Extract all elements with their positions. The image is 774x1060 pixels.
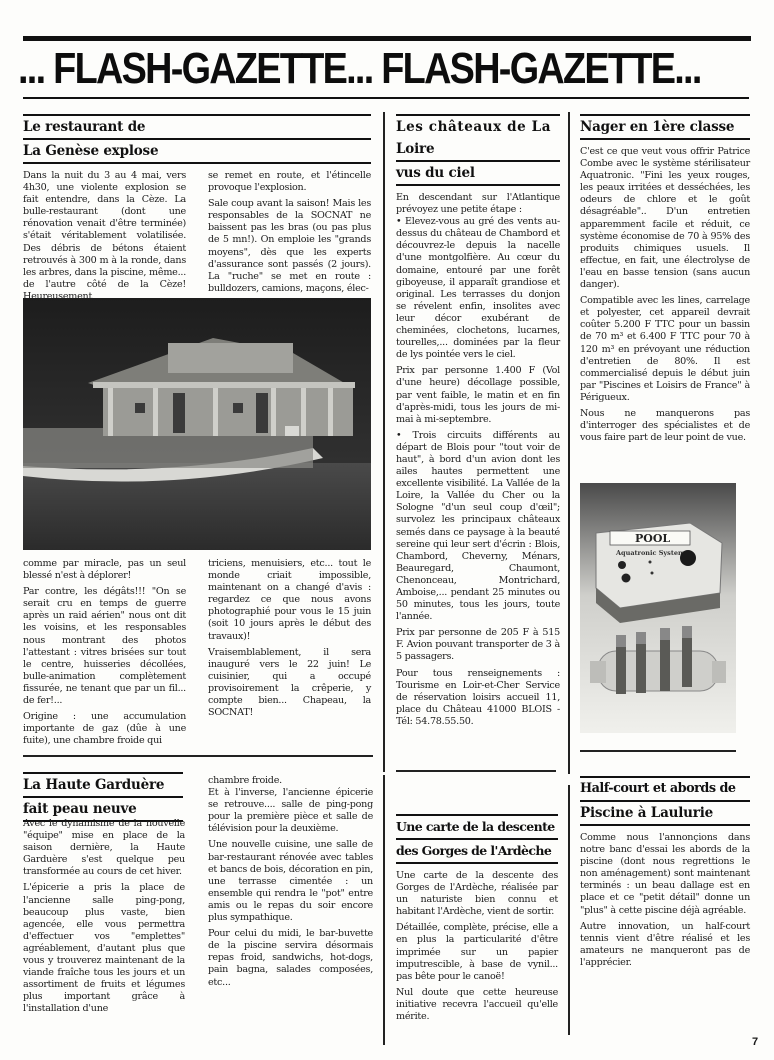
headline: Le restaurant de La Genèse explose (23, 114, 371, 164)
column-divider (568, 112, 570, 774)
paragraph: comme par miracle, pas un seul blessé n'… (23, 558, 186, 582)
headline-line: Loire (396, 138, 560, 162)
masthead-top-rule (23, 36, 751, 41)
paragraph: Prix par personne 1.400 F (Vol d'une heu… (396, 365, 560, 425)
paragraph: Autre innovation, un half-court tennis v… (580, 921, 750, 969)
paragraph: Avec le dynamisme de la nouvelle "équipe… (23, 818, 185, 878)
section-separator (580, 750, 736, 752)
paragraph: chambre froide. (208, 775, 373, 787)
headline-line: vus du ciel (396, 162, 560, 186)
column-divider (383, 112, 385, 772)
headline-line: La Genèse explose (23, 140, 371, 164)
article-body: Dans la nuit du 3 au 4 mai, vers 4h30, u… (23, 170, 371, 307)
restaurant-photo (23, 298, 371, 550)
paragraph: Une carte de la descente des Gorges de l… (396, 870, 558, 918)
article-garduere-col1: Avec le dynamisme de la nouvelle "équipe… (23, 818, 185, 1020)
headline: Nager en 1ère classe (580, 114, 750, 140)
paragraph: L'épicerie a pris la place de l'ancienne… (23, 882, 185, 1015)
paragraph: triciens, menuisiers, etc... tout le mon… (208, 558, 371, 643)
headline-line: Half-court et abords de (580, 778, 750, 802)
device-label: POOL (635, 532, 670, 545)
paragraph: Comme nous l'annonçions dans notre banc … (580, 832, 750, 917)
headline: Les châteaux de La Loire vus du ciel (396, 114, 560, 186)
article-nager: Nager en 1ère classe C'est ce que veut v… (580, 114, 750, 448)
headline-line: Nager en 1ère classe (580, 116, 750, 140)
paragraph: Prix par personne de 205 F à 515 F. Avio… (396, 627, 560, 663)
paragraph: Nous ne manquerons pas d'interroger des … (580, 408, 750, 444)
headline-line: Une carte de la descente (396, 816, 558, 840)
article-body: Comme nous l'annonçions dans notre banc … (580, 832, 750, 969)
headline: Une carte de la descente des Gorges de l… (396, 814, 558, 864)
paragraph: En descendant sur l'Atlantique prévoyez … (396, 192, 560, 216)
paragraph: Et à l'inverse, l'ancienne épicerie se r… (208, 787, 373, 835)
paragraph: Compatible avec les lines, carrelage et … (580, 295, 750, 404)
section-separator (23, 755, 373, 757)
article-ardeche: Une carte de la descente des Gorges de l… (396, 814, 558, 1027)
masthead-title: ... FLASH-GAZETTE... FLASH-GAZETTE... (18, 44, 654, 94)
headline-line: des Gorges de l'Ardèche (396, 840, 558, 864)
column-divider (383, 775, 385, 1045)
paragraph: Nul doute que cette heureuse initiative … (396, 987, 558, 1023)
article-garduere-col2: chambre froide. Et à l'inverse, l'ancien… (208, 775, 373, 993)
headline-line: Piscine à Laulurie (580, 802, 750, 826)
article-laulurie: Half-court et abords de Piscine à Laulur… (580, 776, 750, 973)
article-body: Une carte de la descente des Gorges de l… (396, 870, 558, 1023)
paragraph: Pour tous renseignements : Tourisme en L… (396, 668, 560, 728)
pool-device-icon: POOL Aquatronic System (580, 483, 736, 733)
paragraph: • Trois circuits différents au départ de… (396, 430, 560, 624)
headline-line: Le restaurant de (23, 116, 371, 140)
section-separator (396, 770, 556, 772)
paragraph: Détaillée, complète, précise, elle a en … (396, 922, 558, 982)
column-divider (568, 785, 570, 1035)
paragraph: Par contre, les dégâts!!! "On se serait … (23, 586, 186, 707)
headline: La Haute Garduère fait peau neuve (23, 772, 183, 822)
article-body: C'est ce que veut vous offrir Patrice Co… (580, 146, 750, 444)
headline-line: La Haute Garduère (23, 774, 183, 798)
paragraph: Vraisemblablement, il sera inauguré vers… (208, 647, 371, 720)
article-chateaux: Les châteaux de La Loire vus du ciel En … (396, 114, 560, 732)
headline: Half-court et abords de Piscine à Laulur… (580, 776, 750, 826)
paragraph: Une nouvelle cuisine, une salle de bar-r… (208, 839, 373, 924)
article-body: En descendant sur l'Atlantique prévoyez … (396, 192, 560, 728)
headline-line: Les châteaux de La (396, 116, 560, 138)
paragraph: Dans la nuit du 3 au 4 mai, vers 4h30, u… (23, 170, 186, 303)
device-sublabel: Aquatronic System (615, 549, 685, 557)
article-body: comme par miracle, pas un seul blessé n'… (23, 558, 371, 751)
paragraph: Origine : une accumulation importante de… (23, 711, 186, 747)
paragraph: se remet en route, et l'étincelle provoq… (208, 170, 371, 194)
building-photo-icon (23, 298, 371, 550)
paragraph: C'est ce que veut vous offrir Patrice Co… (580, 146, 750, 291)
article-genese-continued: comme par miracle, pas un seul blessé n'… (23, 558, 371, 751)
page-number: 7 (752, 1036, 758, 1048)
paragraph: Pour celui du midi, le bar-buvette de la… (208, 928, 373, 988)
paragraph: Sale coup avant la saison! Mais les resp… (208, 198, 371, 295)
article-genese: Le restaurant de La Genèse explose Dans … (23, 114, 371, 307)
paragraph: • Elevez-vous au gré des vents au-dessus… (396, 216, 560, 361)
aquatronic-photo: POOL Aquatronic System (580, 483, 736, 733)
masthead-bottom-rule (23, 97, 749, 99)
